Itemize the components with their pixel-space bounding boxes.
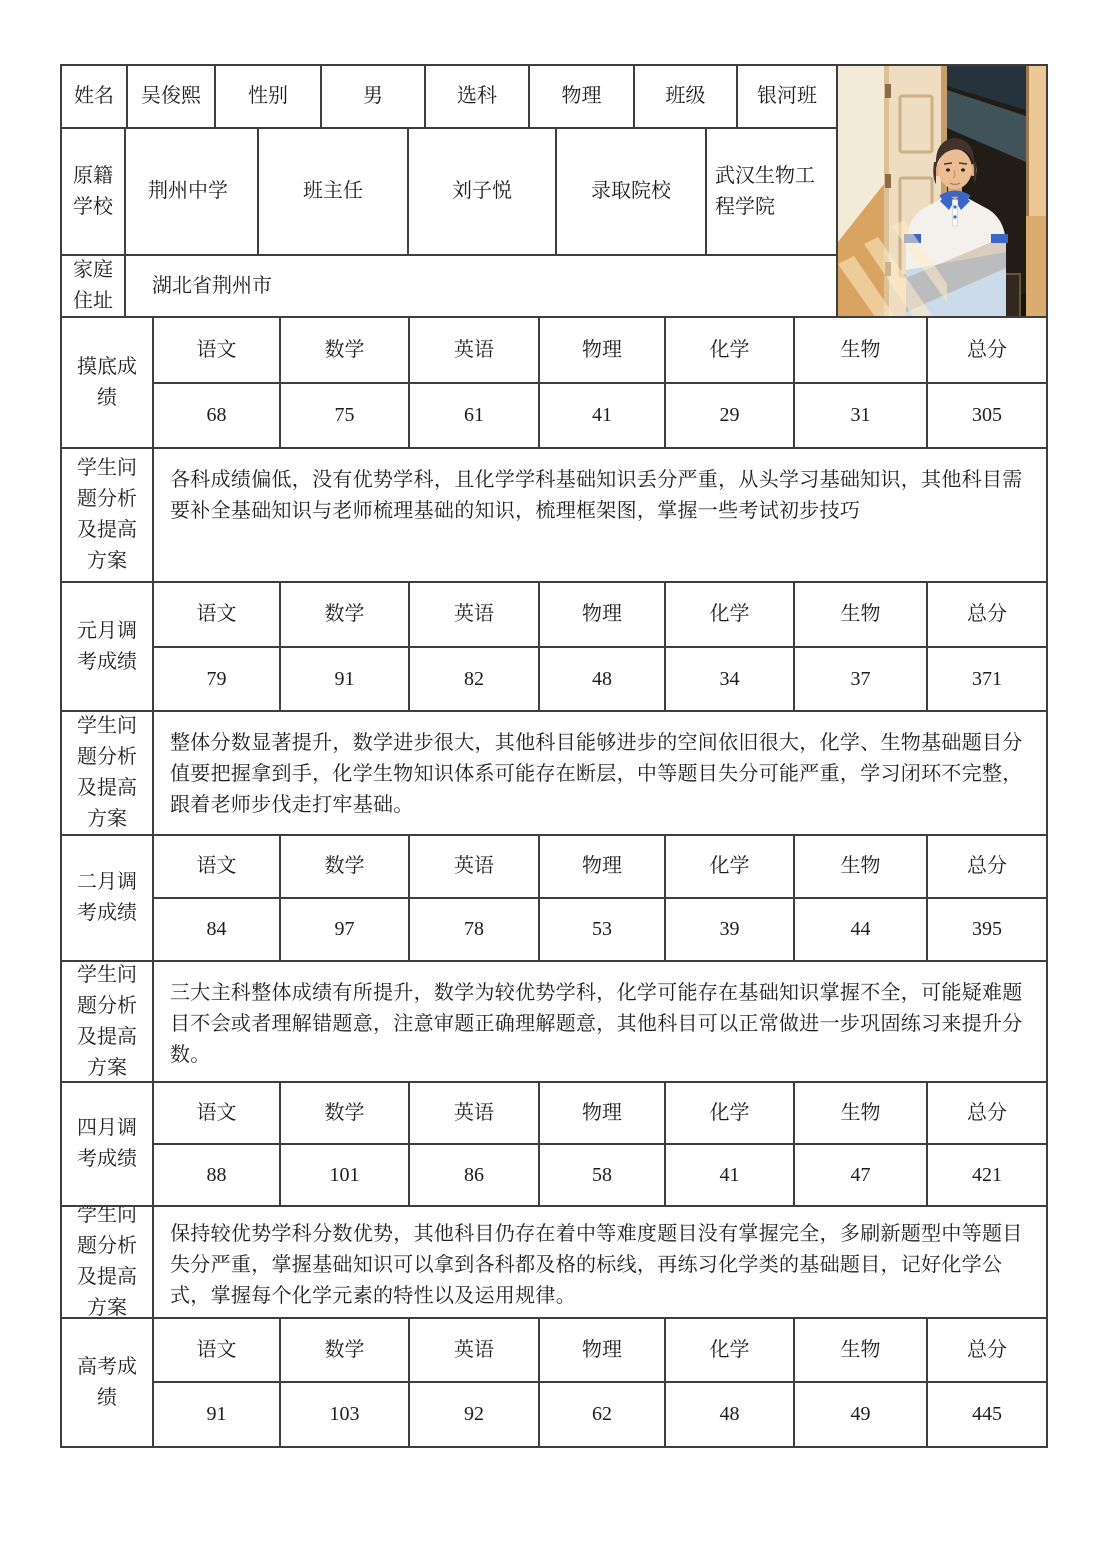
info-row-1: 姓名 吴俊熙 性别 男 选科 物理 班级 银河班 (62, 66, 840, 129)
origin-school-value: 荆州中学 (126, 129, 259, 256)
subject-header: 物理 (540, 1319, 666, 1383)
score-value: 101 (281, 1145, 410, 1207)
score-value: 421 (928, 1145, 1046, 1207)
subject-header: 物理 (540, 1083, 666, 1145)
score-value: 34 (666, 648, 795, 712)
elective-label: 选科 (426, 66, 530, 129)
score-value: 49 (795, 1383, 928, 1446)
subject-header: 数学 (281, 583, 410, 648)
score-value: 82 (410, 648, 540, 712)
subject-header: 英语 (410, 1083, 540, 1145)
score-value: 31 (795, 384, 928, 449)
home-address-value: 湖北省荆州市 (126, 256, 838, 318)
student-photo (838, 66, 1046, 318)
subject-header: 总分 (928, 1083, 1046, 1145)
section-label: 元月调考成绩 (62, 583, 154, 712)
subject-header: 总分 (928, 1319, 1046, 1383)
section-gaokao-scores: 高考成绩 语文 数学 英语 物理 化学 生物 总分 91 103 92 62 4… (62, 1319, 1046, 1446)
subject-header: 语文 (154, 1319, 281, 1383)
score-value: 78 (410, 899, 540, 962)
score-value: 86 (410, 1145, 540, 1207)
score-value: 68 (154, 384, 281, 449)
score-value: 395 (928, 899, 1046, 962)
subject-header: 物理 (540, 318, 666, 384)
admitted-college-value: 武汉生物工程学院 (707, 129, 838, 256)
score-value: 47 (795, 1145, 928, 1207)
analysis-label: 学生问题分析及提高方案 (62, 449, 154, 583)
subject-header: 生物 (795, 1319, 928, 1383)
subject-header: 物理 (540, 583, 666, 648)
subject-header: 生物 (795, 1083, 928, 1145)
subject-header-row: 语文 数学 英语 物理 化学 生物 总分 (154, 583, 1046, 648)
name-value: 吴俊熙 (128, 66, 216, 129)
score-value: 37 (795, 648, 928, 712)
subject-header: 总分 (928, 583, 1046, 648)
class-value: 银河班 (738, 66, 838, 129)
gender-value: 男 (322, 66, 426, 129)
score-value: 29 (666, 384, 795, 449)
score-value: 92 (410, 1383, 540, 1446)
score-value: 53 (540, 899, 666, 962)
score-value: 41 (540, 384, 666, 449)
subject-header: 语文 (154, 1083, 281, 1145)
score-value: 371 (928, 648, 1046, 712)
score-value: 445 (928, 1383, 1046, 1446)
page: { "info": { "name_label": "姓名", "name": … (0, 0, 1102, 1559)
subject-header: 数学 (281, 836, 410, 899)
score-value: 103 (281, 1383, 410, 1446)
score-value: 305 (928, 384, 1046, 449)
subject-header-row: 语文 数学 英语 物理 化学 生物 总分 (154, 836, 1046, 899)
admitted-college-label: 录取院校 (557, 129, 707, 256)
subject-header: 英语 (410, 318, 540, 384)
score-value: 44 (795, 899, 928, 962)
section-label: 摸底成绩 (62, 318, 154, 449)
subject-header: 数学 (281, 1083, 410, 1145)
subject-header: 英语 (410, 1319, 540, 1383)
subject-header: 语文 (154, 318, 281, 384)
subject-header-row: 语文 数学 英语 物理 化学 生物 总分 (154, 1083, 1046, 1145)
analysis-4: 学生问题分析及提高方案 保持较优势学科分数优势，其他科目仍存在着中等难度题目没有… (62, 1207, 1046, 1319)
score-value: 58 (540, 1145, 666, 1207)
score-value: 61 (410, 384, 540, 449)
analysis-label: 学生问题分析及提高方案 (62, 1207, 154, 1319)
origin-school-label: 原籍学校 (62, 129, 126, 256)
gender-label: 性别 (216, 66, 322, 129)
analysis-label: 学生问题分析及提高方案 (62, 712, 154, 836)
subject-header: 生物 (795, 318, 928, 384)
subject-header: 化学 (666, 1083, 795, 1145)
score-value: 91 (281, 648, 410, 712)
subject-header: 语文 (154, 836, 281, 899)
score-value: 48 (540, 648, 666, 712)
score-value: 75 (281, 384, 410, 449)
score-value: 41 (666, 1145, 795, 1207)
analysis-text: 各科成绩偏低，没有优势学科，且化学学科基础知识丢分严重，从头学习基础知识，其他科… (154, 449, 1046, 583)
score-value: 91 (154, 1383, 281, 1446)
analysis-2: 学生问题分析及提高方案 整体分数显著提升，数学进步很大，其他科目能够进步的空间依… (62, 712, 1046, 836)
subject-header: 生物 (795, 836, 928, 899)
analysis-3: 学生问题分析及提高方案 三大主科整体成绩有所提升，数学为较优势学科，化学可能存在… (62, 962, 1046, 1083)
elective-value: 物理 (530, 66, 635, 129)
score-row: 91 103 92 62 48 49 445 (154, 1383, 1046, 1446)
subject-header: 英语 (410, 583, 540, 648)
subject-header: 化学 (666, 318, 795, 384)
section-label: 高考成绩 (62, 1319, 154, 1446)
photo-door-frame (1026, 66, 1046, 318)
score-value: 84 (154, 899, 281, 962)
section-february-scores: 二月调考成绩 语文 数学 英语 物理 化学 生物 总分 84 97 78 53 … (62, 836, 1046, 962)
subject-header: 化学 (666, 1319, 795, 1383)
subject-header: 物理 (540, 836, 666, 899)
analysis-text: 整体分数显著提升，数学进步很大，其他科目能够进步的空间依旧很大，化学、生物基础题… (154, 712, 1046, 836)
section-january-scores: 元月调考成绩 语文 数学 英语 物理 化学 生物 总分 79 91 82 48 … (62, 583, 1046, 712)
section-label: 二月调考成绩 (62, 836, 154, 962)
score-value: 62 (540, 1383, 666, 1446)
subject-header: 化学 (666, 583, 795, 648)
subject-header-row: 语文 数学 英语 物理 化学 生物 总分 (154, 1319, 1046, 1383)
section-baseline-scores: 摸底成绩 语文 数学 英语 物理 化学 生物 总分 68 75 61 41 29… (62, 318, 1046, 449)
home-address-label: 家庭住址 (62, 256, 126, 318)
subject-header: 总分 (928, 836, 1046, 899)
student-info-section: 姓名 吴俊熙 性别 男 选科 物理 班级 银河班 原籍学校 荆州中学 班主任 刘… (62, 66, 1046, 318)
score-value: 79 (154, 648, 281, 712)
name-label: 姓名 (62, 66, 128, 129)
score-row: 79 91 82 48 34 37 371 (154, 648, 1046, 712)
subject-header: 英语 (410, 836, 540, 899)
score-row: 84 97 78 53 39 44 395 (154, 899, 1046, 962)
subject-header: 数学 (281, 318, 410, 384)
score-row: 68 75 61 41 29 31 305 (154, 384, 1046, 449)
section-label: 四月调考成绩 (62, 1083, 154, 1207)
info-row-2: 原籍学校 荆州中学 班主任 刘子悦 录取院校 武汉生物工程学院 (62, 129, 840, 256)
analysis-text: 三大主科整体成绩有所提升，数学为较优势学科，化学可能存在基础知识掌握不全，可能疑… (154, 962, 1046, 1083)
analysis-text: 保持较优势学科分数优势，其他科目仍存在着中等难度题目没有掌握完全，多刷新题型中等… (154, 1207, 1046, 1319)
subject-header: 总分 (928, 318, 1046, 384)
score-value: 39 (666, 899, 795, 962)
score-value: 97 (281, 899, 410, 962)
score-value: 88 (154, 1145, 281, 1207)
analysis-label: 学生问题分析及提高方案 (62, 962, 154, 1083)
score-value: 48 (666, 1383, 795, 1446)
subject-header: 语文 (154, 583, 281, 648)
subject-header-row: 语文 数学 英语 物理 化学 生物 总分 (154, 318, 1046, 384)
subject-header: 数学 (281, 1319, 410, 1383)
head-teacher-label: 班主任 (259, 129, 409, 256)
analysis-1: 学生问题分析及提高方案 各科成绩偏低，没有优势学科，且化学学科基础知识丢分严重，… (62, 449, 1046, 583)
student-record-table: 姓名 吴俊熙 性别 男 选科 物理 班级 银河班 原籍学校 荆州中学 班主任 刘… (60, 64, 1048, 1448)
info-row-3: 家庭住址 湖北省荆州市 (62, 256, 840, 318)
class-label: 班级 (635, 66, 738, 129)
section-april-scores: 四月调考成绩 语文 数学 英语 物理 化学 生物 总分 88 101 86 58… (62, 1083, 1046, 1207)
subject-header: 化学 (666, 836, 795, 899)
head-teacher-value: 刘子悦 (409, 129, 557, 256)
subject-header: 生物 (795, 583, 928, 648)
score-row: 88 101 86 58 41 47 421 (154, 1145, 1046, 1207)
